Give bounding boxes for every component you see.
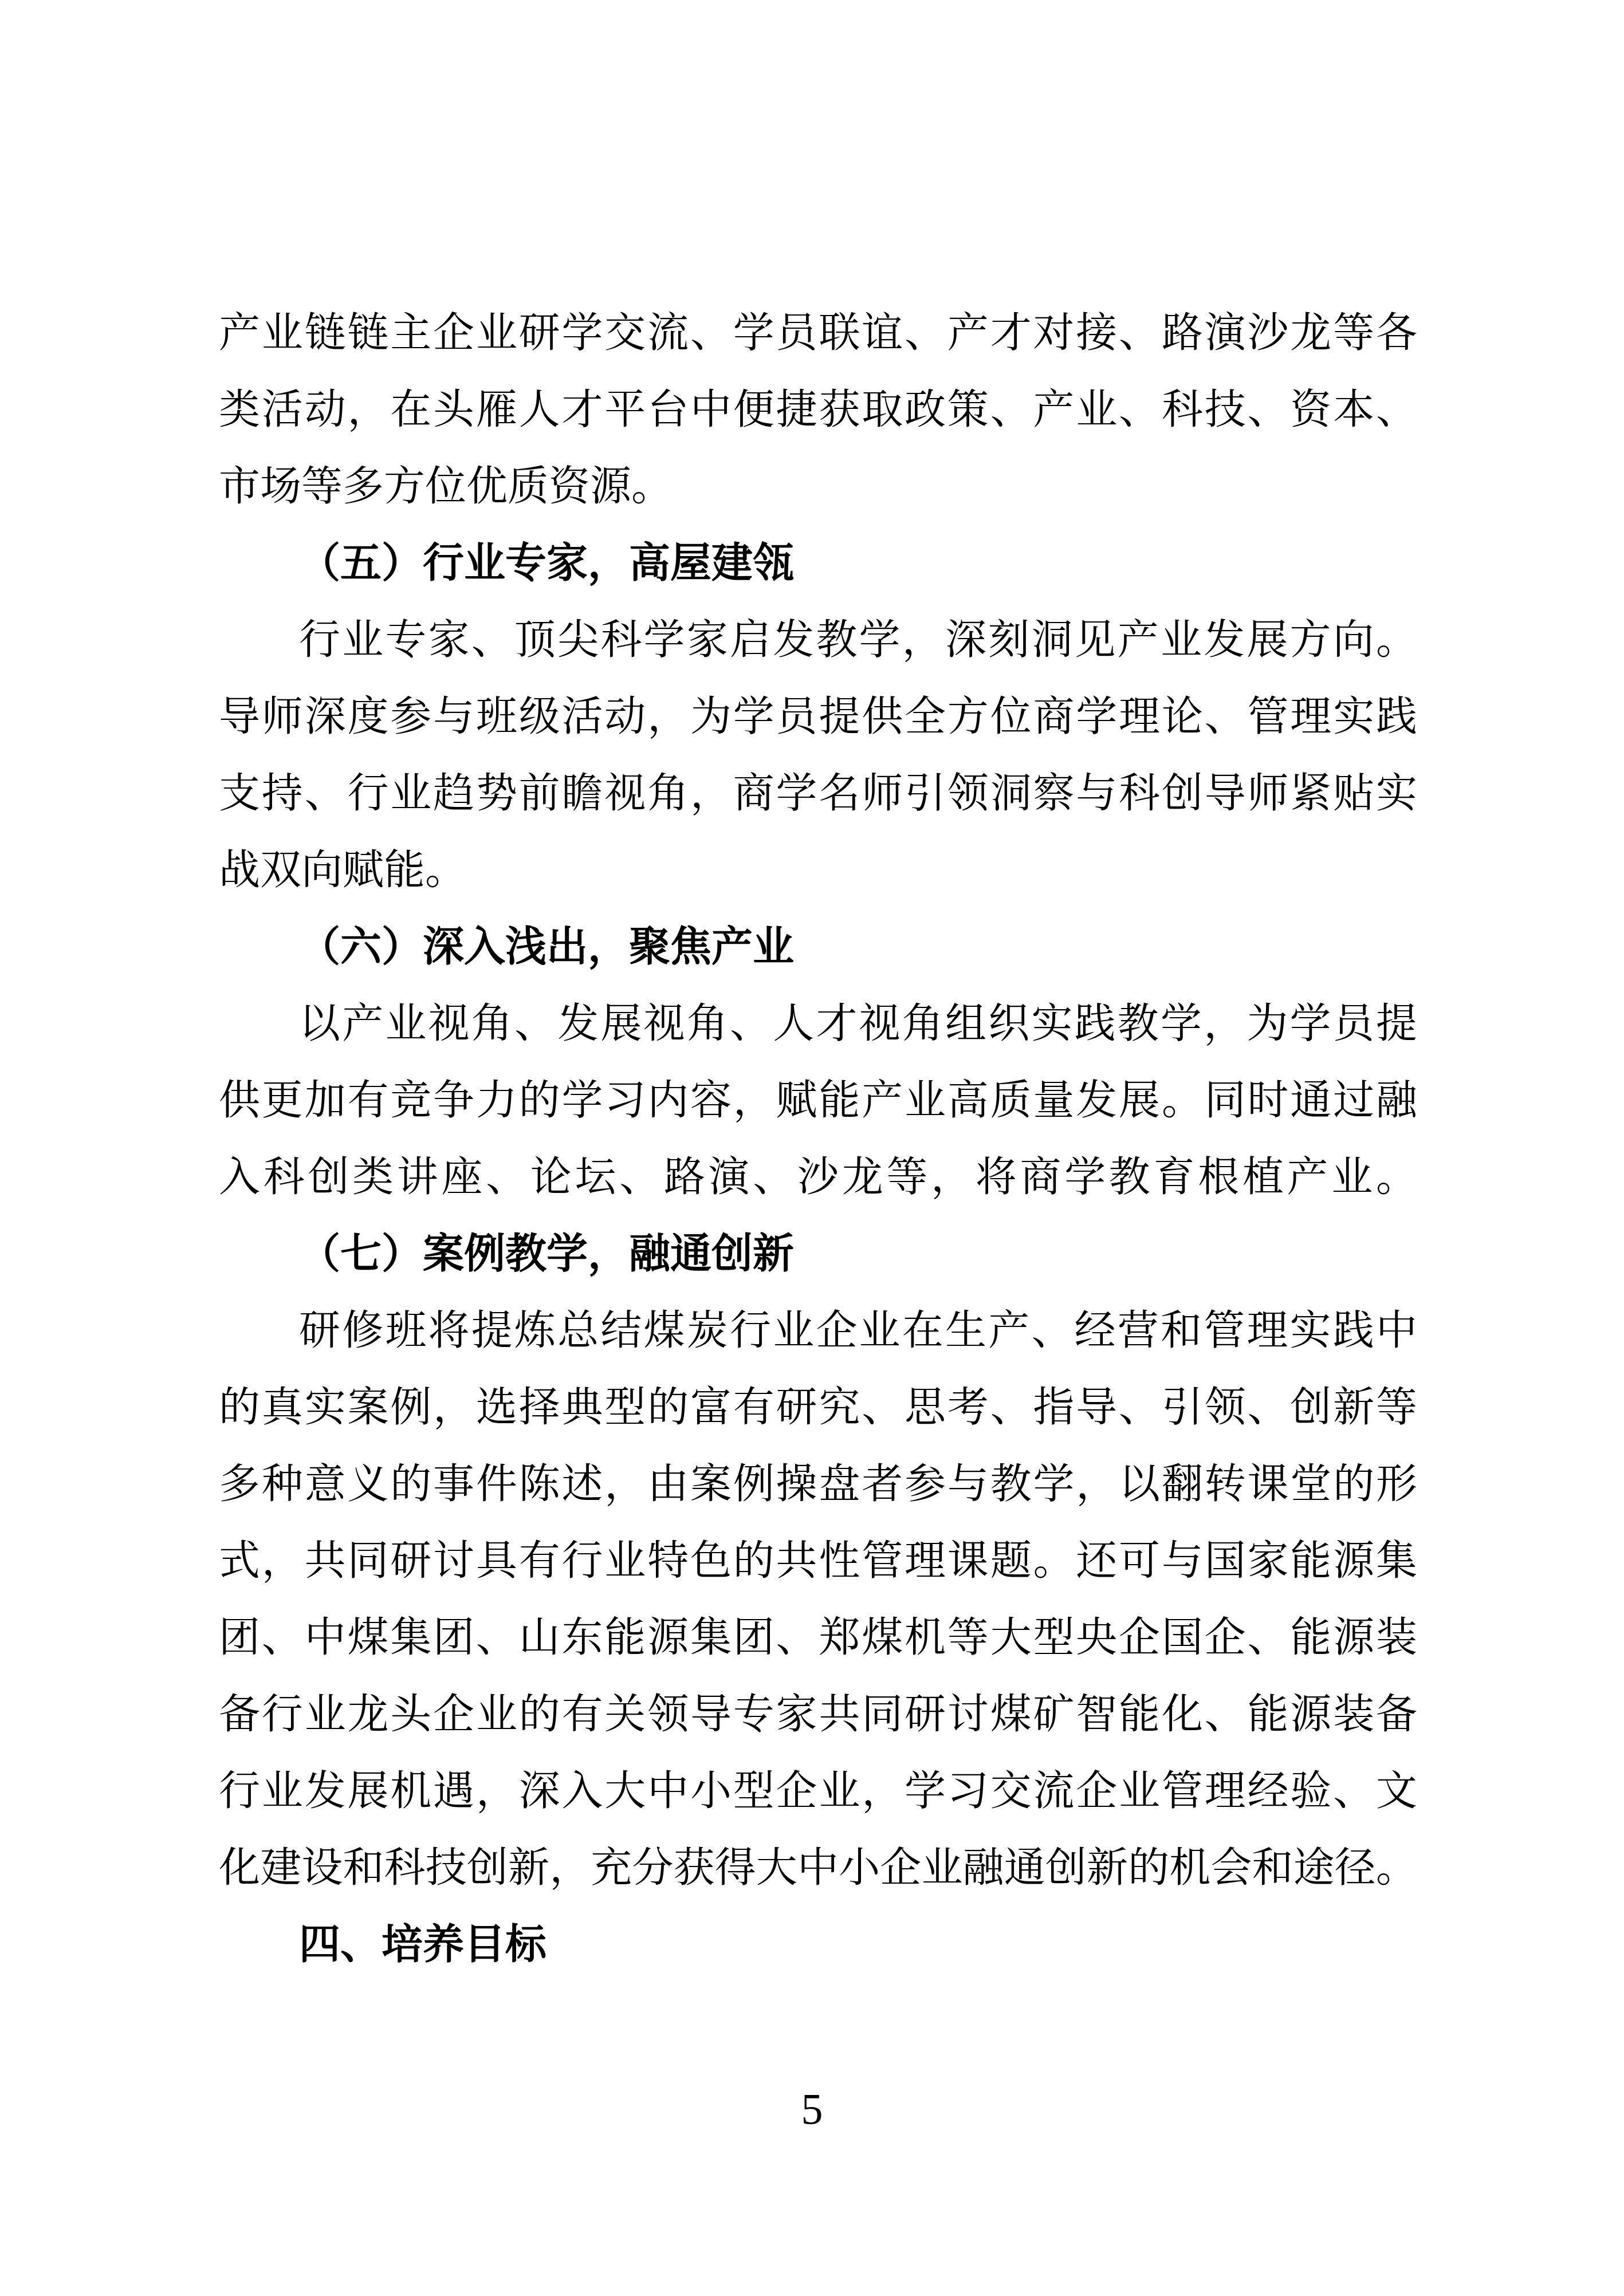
text-line: 研修班将提炼总结煤炭行业企业在生产、经营和管理实践中 <box>219 1292 1417 1369</box>
text-line: （七）案例教学，融通创新 <box>219 1215 1417 1292</box>
page-number: 5 <box>801 2085 823 2133</box>
text-line: 备行业龙头企业的有关领导专家共同研讨煤矿智能化、能源装备 <box>219 1676 1417 1752</box>
page-footer: 5 <box>0 2085 1624 2134</box>
text-line: 化建设和科技创新，充分获得大中小企业融通创新的机会和途径。 <box>219 1829 1417 1906</box>
text-line: 多种意义的事件陈述，由案例操盘者参与教学，以翻转课堂的形 <box>219 1446 1417 1522</box>
text-line: 行业发展机遇，深入大中小型企业，学习交流企业管理经验、文 <box>219 1752 1417 1829</box>
text-line: 供更加有竞争力的学习内容，赋能产业高质量发展。同时通过融 <box>219 1062 1417 1139</box>
text-line: 四、培养目标 <box>219 1906 1417 1983</box>
text-line: （五）行业专家，高屋建瓴 <box>219 525 1417 601</box>
text-line: （六）深入浅出，聚焦产业 <box>219 908 1417 985</box>
text-line: 以产业视角、发展视角、人才视角组织实践教学，为学员提 <box>219 985 1417 1062</box>
document-page: 产业链链主企业研学交流、学员联谊、产才对接、路演沙龙等各类活动，在头雁人才平台中… <box>0 0 1624 2296</box>
text-line: 导师深度参与班级活动，为学员提供全方位商学理论、管理实践 <box>219 678 1417 755</box>
text-block: 产业链链主企业研学交流、学员联谊、产才对接、路演沙龙等各类活动，在头雁人才平台中… <box>219 294 1417 1983</box>
text-line: 类活动，在头雁人才平台中便捷获取政策、产业、科技、资本、 <box>219 371 1417 448</box>
text-line: 战双向赋能。 <box>219 832 1417 908</box>
text-line: 支持、行业趋势前瞻视角，商学名师引领洞察与科创导师紧贴实 <box>219 755 1417 832</box>
text-line: 团、中煤集团、山东能源集团、郑煤机等大型央企国企、能源装 <box>219 1599 1417 1676</box>
text-line: 式，共同研讨具有行业特色的共性管理课题。还可与国家能源集 <box>219 1522 1417 1599</box>
text-line: 市场等多方位优质资源。 <box>219 448 1417 525</box>
text-line: 的真实案例，选择典型的富有研究、思考、指导、引领、创新等 <box>219 1369 1417 1446</box>
text-line: 入科创类讲座、论坛、路演、沙龙等，将商学教育根植产业。 <box>219 1139 1417 1215</box>
text-line: 行业专家、顶尖科学家启发教学，深刻洞见产业发展方向。 <box>219 601 1417 678</box>
text-line: 产业链链主企业研学交流、学员联谊、产才对接、路演沙龙等各 <box>219 294 1417 371</box>
